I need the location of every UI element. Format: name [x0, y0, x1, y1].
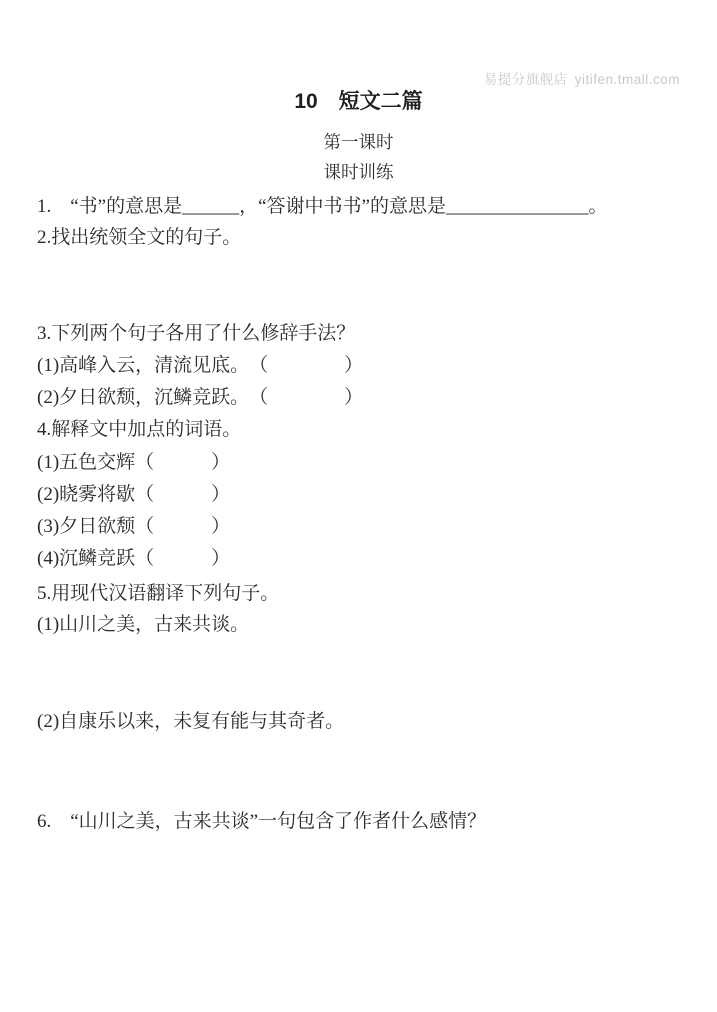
question-3-item-2: (2)夕日欲颓，沉鳞竞跃。 （ ）: [37, 387, 363, 408]
question-5: 5.用现代汉语翻译下列句子。: [37, 583, 279, 604]
question-4-item-1: (1)五色交辉（ ）: [37, 452, 230, 473]
question-1: 1. “书”的意思是______，“答谢中书书”的意思是____________…: [37, 196, 607, 217]
question-4-item-3: (3)夕日欲颓（ ）: [37, 516, 230, 537]
question-3-item-1: (1)高峰入云，清流见底。 （ ）: [37, 355, 363, 376]
question-5-item-2: (2)自康乐以来，未复有能与其奇者。: [37, 711, 344, 732]
question-4-item-4: (4)沉鳞竞跃（ ）: [37, 548, 230, 569]
question-5-item-1: (1)山川之美，古来共谈。: [37, 614, 249, 635]
session-heading: 第一课时: [0, 129, 717, 154]
question-4: 4.解释文中加点的词语。: [37, 419, 241, 440]
section-heading: 课时训练: [0, 159, 717, 184]
question-6: 6. “山川之美，古来共谈”一句包含了作者什么感情？: [37, 811, 486, 832]
question-4-item-2: (2)晓雾将歇（ ）: [37, 484, 230, 505]
lesson-title: 10 短文二篇: [0, 85, 717, 115]
question-2: 2.找出统领全文的句子。: [37, 227, 241, 248]
question-3: 3.下列两个句子各用了什么修辞手法？: [37, 323, 355, 344]
worksheet-page: 易提分旗舰店yitifen.tmall.com 10 短文二篇 第一课时 课时训…: [0, 0, 717, 1012]
